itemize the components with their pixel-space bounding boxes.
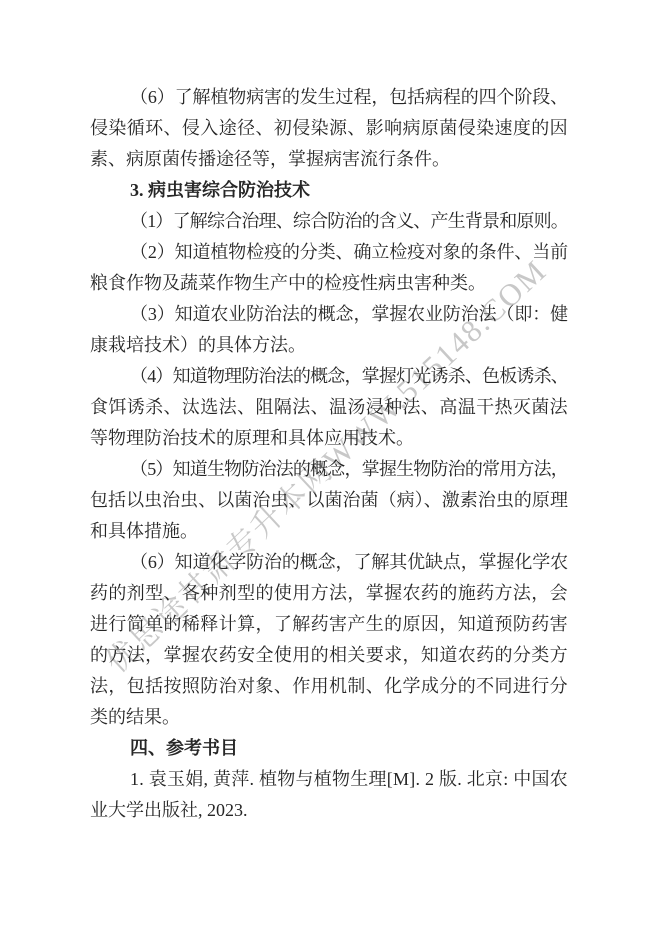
line-text: 粮食作物及蔬菜作物生产中的检疫性病虫害种类。 <box>90 268 486 299</box>
line-text: 侵染循环、侵入途径、初侵染源、影响病原菌侵染速度的因 <box>90 113 568 144</box>
text-line: 类的结果。 <box>90 702 568 733</box>
line-text: （2）知道植物检疫的分类、确立检疫对象的条件、当前 <box>130 237 568 268</box>
line-text: 和具体措施。 <box>90 516 198 547</box>
line-text: 的方法，掌握农药安全使用的相关要求，知道农药的分类方 <box>90 640 568 671</box>
line-text: 包括以虫治虫、以菌治虫、以菌治菌（病）、激素治虫的原理 <box>90 485 568 516</box>
line-text: （1）了解综合治理、综合防治的含义、产生背景和原则。 <box>130 206 568 237</box>
text-line: 进行简单的稀释计算，了解药害产生的原因，知道预防药害 <box>90 609 568 640</box>
text-line: （5）知道生物防治法的概念，掌握生物防治的常用方法， <box>90 454 568 485</box>
line-text: 药的剂型、各种剂型的使用方法，掌握农药的施药方法，会 <box>90 578 568 609</box>
text-line: 食饵诱杀、汰选法、阻隔法、温汤浸种法、高温干热灭菌法 <box>90 392 568 423</box>
line-text: 法，包括按照防治对象、作用机制、化学成分的不同进行分 <box>90 671 568 702</box>
text-line: 粮食作物及蔬菜作物生产中的检疫性病虫害种类。 <box>90 268 568 299</box>
text-line: 包括以虫治虫、以菌治虫、以菌治菌（病）、激素治虫的原理 <box>90 485 568 516</box>
text-line: 侵染循环、侵入途径、初侵染源、影响病原菌侵染速度的因 <box>90 113 568 144</box>
text-line: 和具体措施。 <box>90 516 568 547</box>
line-text: 类的结果。 <box>90 702 180 733</box>
line-text: （4）知道物理防治法的概念，掌握灯光诱杀、色板诱杀、 <box>130 361 568 392</box>
text-line: 素、病原菌传播途径等，掌握病害流行条件。 <box>90 144 568 175</box>
text-line: （6）了解植物病害的发生过程，包括病程的四个阶段、 <box>90 82 568 113</box>
text-line: 业大学出版社, 2023. <box>90 795 568 826</box>
line-text: 四、参考书目 <box>130 733 238 764</box>
text-line: （3）知道农业防治法的概念，掌握农业防治法（即：健 <box>90 299 568 330</box>
line-text: 素、病原菌传播途径等，掌握病害流行条件。 <box>90 144 450 175</box>
heading-line: 3. 病虫害综合防治技术 <box>90 175 568 206</box>
text-line: （2）知道植物检疫的分类、确立检疫对象的条件、当前 <box>90 237 568 268</box>
text-line: 康栽培技术）的具体方法。 <box>90 330 568 361</box>
line-text: 业大学出版社, 2023. <box>90 795 248 826</box>
heading-line: 四、参考书目 <box>90 733 568 764</box>
line-text: 食饵诱杀、汰选法、阻隔法、温汤浸种法、高温干热灭菌法 <box>90 392 568 423</box>
line-text: 康栽培技术）的具体方法。 <box>90 330 306 361</box>
document-body: （6）了解植物病害的发生过程，包括病程的四个阶段、侵染循环、侵入途径、初侵染源、… <box>90 82 568 826</box>
line-text: 1. 袁玉娟, 黄萍. 植物与植物生理[M]. 2 版. 北京: 中国农 <box>130 764 568 795</box>
line-text: 3. 病虫害综合防治技术 <box>130 175 310 206</box>
line-text: 等物理防治技术的原理和具体应用技术。 <box>90 423 414 454</box>
text-line: （1）了解综合治理、综合防治的含义、产生背景和原则。 <box>90 206 568 237</box>
text-line: 1. 袁玉娟, 黄萍. 植物与植物生理[M]. 2 版. 北京: 中国农 <box>90 764 568 795</box>
text-line: 的方法，掌握农药安全使用的相关要求，知道农药的分类方 <box>90 640 568 671</box>
line-text: （6）了解植物病害的发生过程，包括病程的四个阶段、 <box>130 82 568 113</box>
line-text: （5）知道生物防治法的概念，掌握生物防治的常用方法， <box>130 454 568 485</box>
text-line: 法，包括按照防治对象、作用机制、化学成分的不同进行分 <box>90 671 568 702</box>
text-line: （4）知道物理防治法的概念，掌握灯光诱杀、色板诱杀、 <box>90 361 568 392</box>
text-line: 等物理防治技术的原理和具体应用技术。 <box>90 423 568 454</box>
line-text: （3）知道农业防治法的概念，掌握农业防治法（即：健 <box>130 299 568 330</box>
text-line: （6）知道化学防治的概念，了解其优缺点，掌握化学农 <box>90 547 568 578</box>
text-line: 药的剂型、各种剂型的使用方法，掌握农药的施药方法，会 <box>90 578 568 609</box>
document-page: 优思途甘肃专升本网WWW.515148.COM （6）了解植物病害的发生过程，包… <box>0 0 661 935</box>
line-text: 进行简单的稀释计算，了解药害产生的原因，知道预防药害 <box>90 609 568 640</box>
line-text: （6）知道化学防治的概念，了解其优缺点，掌握化学农 <box>130 547 568 578</box>
